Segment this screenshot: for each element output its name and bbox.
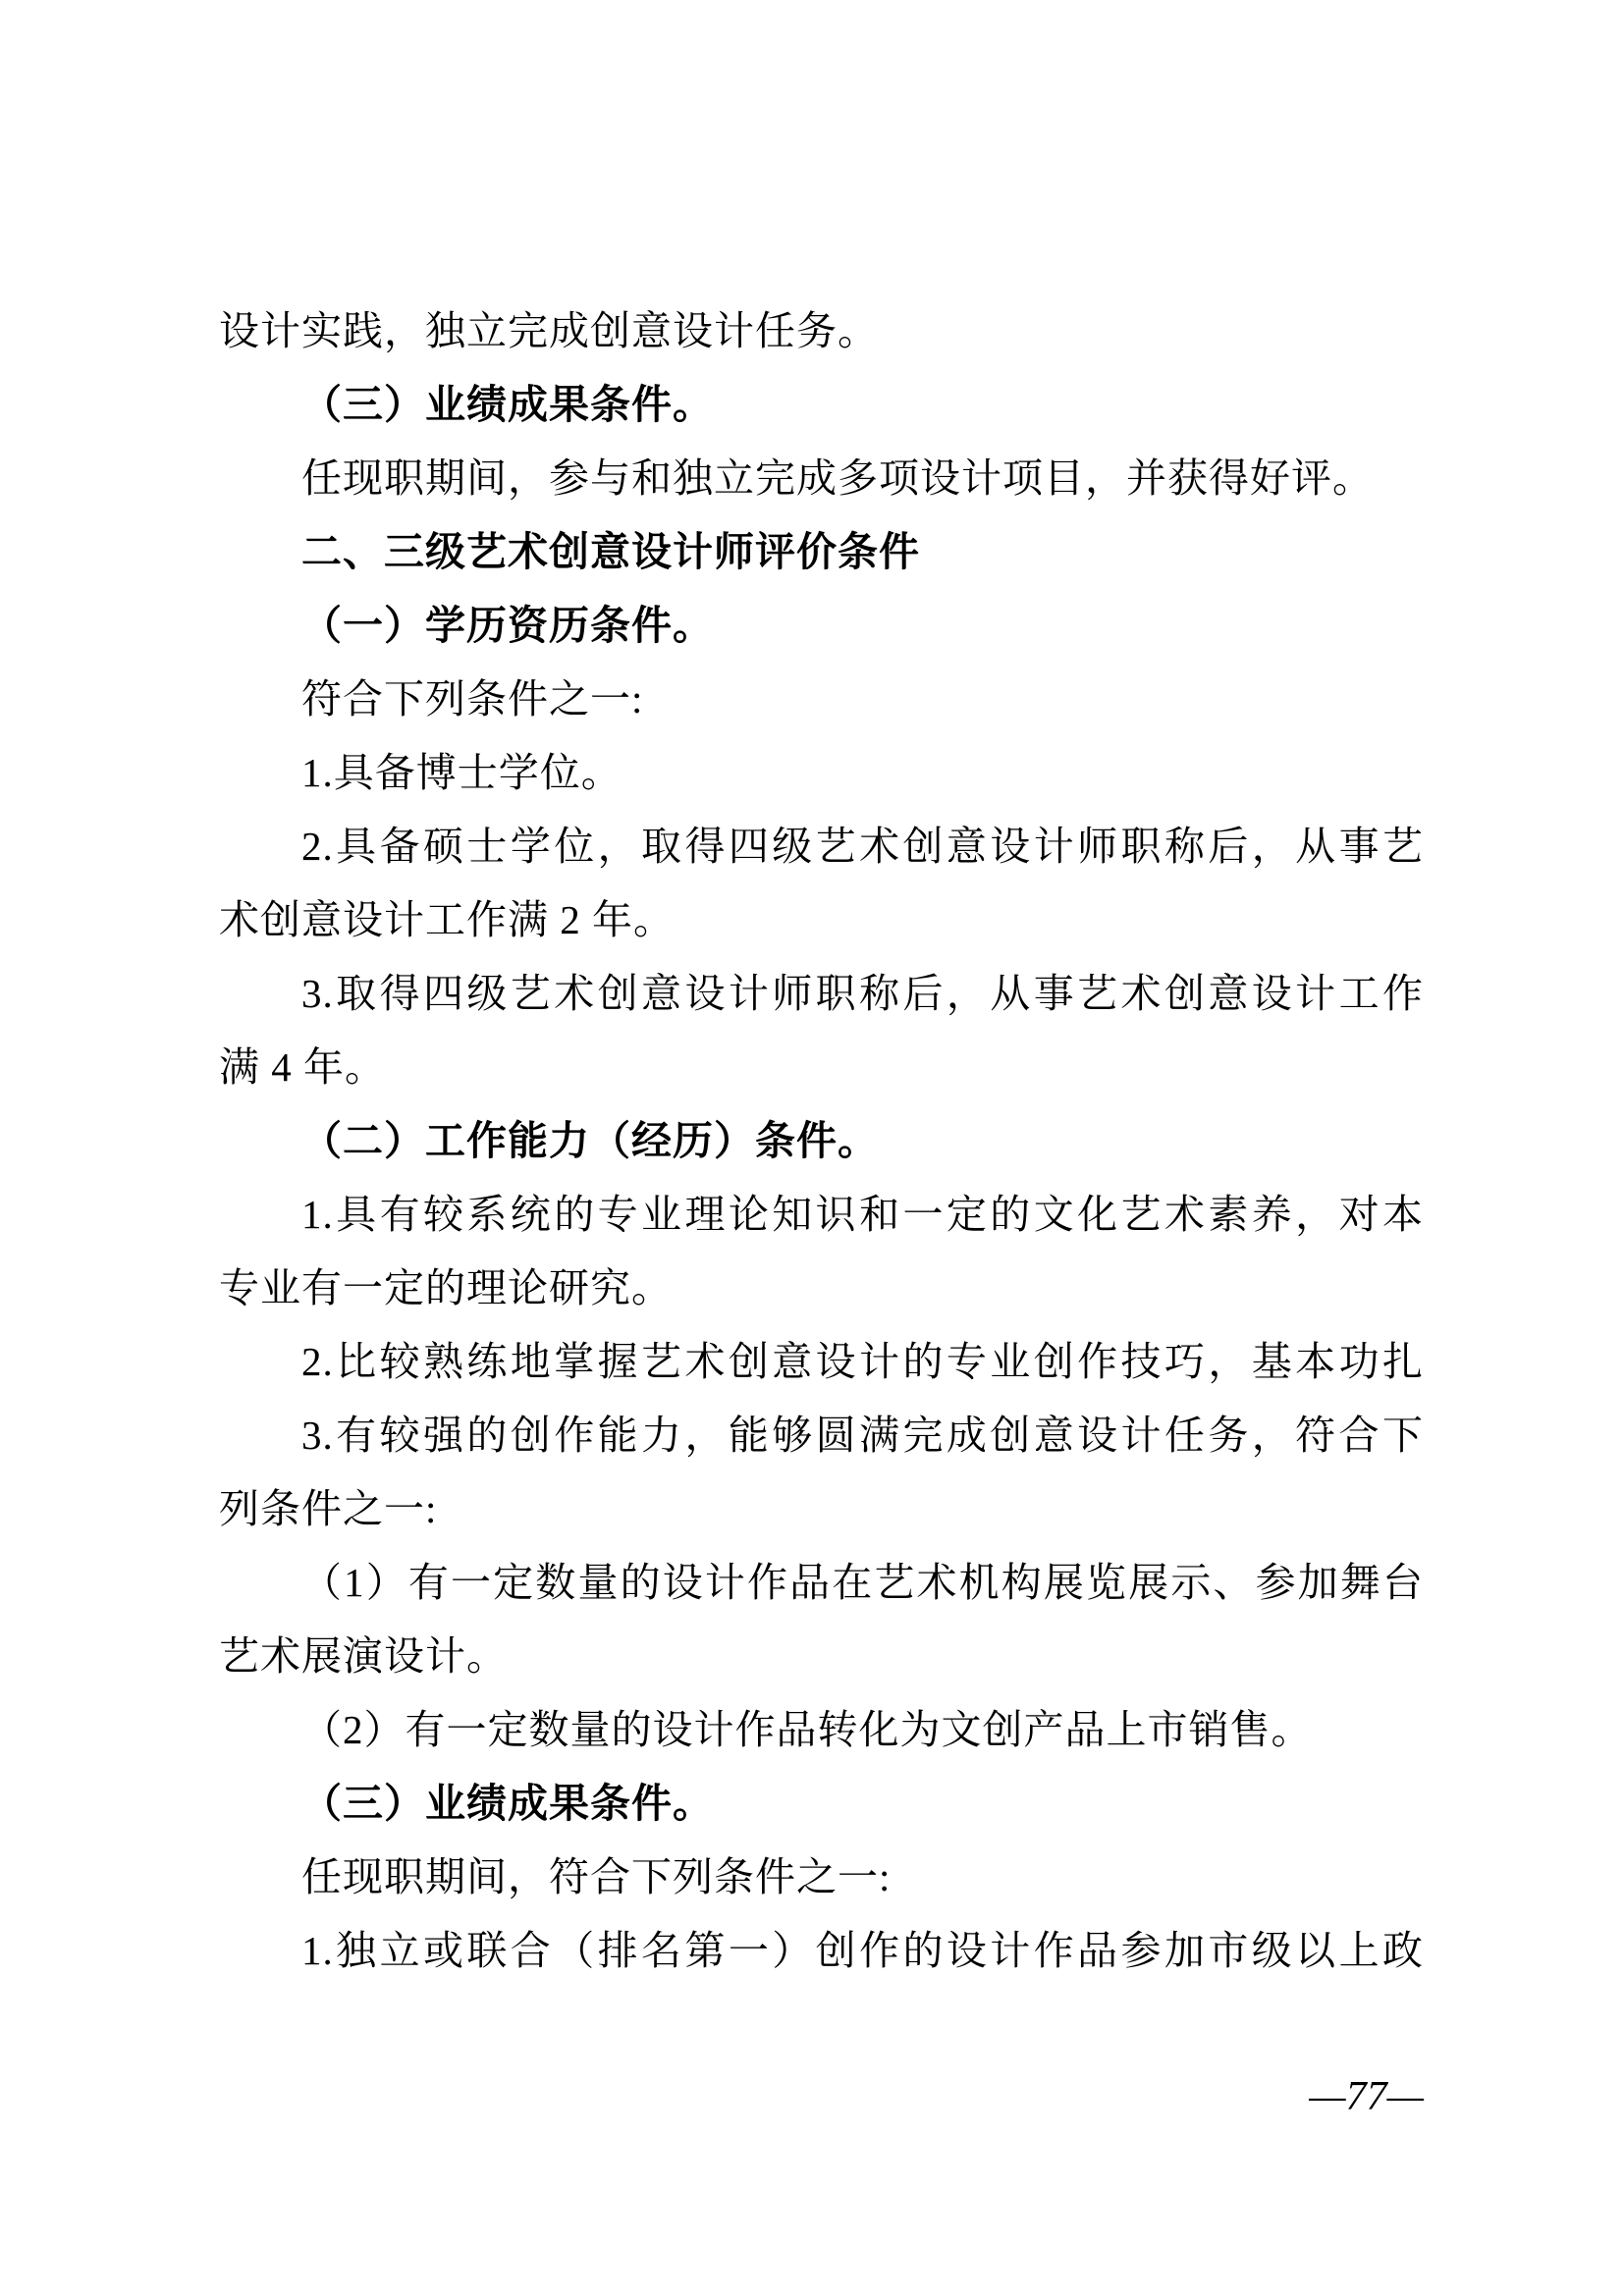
subsection-heading: （三）业绩成果条件。 (219, 368, 1424, 442)
page-number: —77— (219, 2066, 1424, 2127)
document-body: 设计实践，独立完成创意设计任务。 （三）业绩成果条件。 任现职期间，参与和独立完… (219, 294, 1424, 1988)
body-line: （1）有一定数量的设计作品在艺术机构展览展示、参加舞台 (219, 1546, 1424, 1620)
body-line: 1.具备博士学位。 (219, 736, 1424, 810)
body-line: 满 4 年。 (219, 1031, 1424, 1104)
body-line: 术创意设计工作满 2 年。 (219, 883, 1424, 957)
body-line: 2.比较熟练地掌握艺术创意设计的专业创作技巧，基本功扎实。 (219, 1325, 1424, 1399)
body-line: 1.独立或联合（排名第一）创作的设计作品参加市级以上政 (219, 1914, 1424, 1988)
body-line: 任现职期间，符合下列条件之一: (219, 1841, 1424, 1914)
body-line: 列条件之一: (219, 1472, 1424, 1546)
subsection-heading: （三）业绩成果条件。 (219, 1767, 1424, 1841)
body-line: 3.取得四级艺术创意设计师职称后，从事艺术创意设计工作 (219, 957, 1424, 1031)
body-line: 设计实践，独立完成创意设计任务。 (219, 294, 1424, 368)
body-line: 专业有一定的理论研究。 (219, 1252, 1424, 1325)
body-line: 2.具备硕士学位，取得四级艺术创意设计师职称后，从事艺 (219, 810, 1424, 883)
body-line: 1.具有较系统的专业理论知识和一定的文化艺术素养，对本 (219, 1178, 1424, 1252)
body-line: 艺术展演设计。 (219, 1620, 1424, 1693)
subsection-heading: （一）学历资历条件。 (219, 589, 1424, 663)
body-line: 符合下列条件之一: (219, 663, 1424, 736)
body-line: （2）有一定数量的设计作品转化为文创产品上市销售。 (219, 1693, 1424, 1767)
document-page: 设计实践，独立完成创意设计任务。 （三）业绩成果条件。 任现职期间，参与和独立完… (0, 0, 1623, 2296)
section-heading: 二、三级艺术创意设计师评价条件 (219, 515, 1424, 589)
body-line: 3.有较强的创作能力，能够圆满完成创意设计任务，符合下 (219, 1399, 1424, 1472)
body-line: 任现职期间，参与和独立完成多项设计项目，并获得好评。 (219, 442, 1424, 515)
subsection-heading: （二）工作能力（经历）条件。 (219, 1104, 1424, 1178)
